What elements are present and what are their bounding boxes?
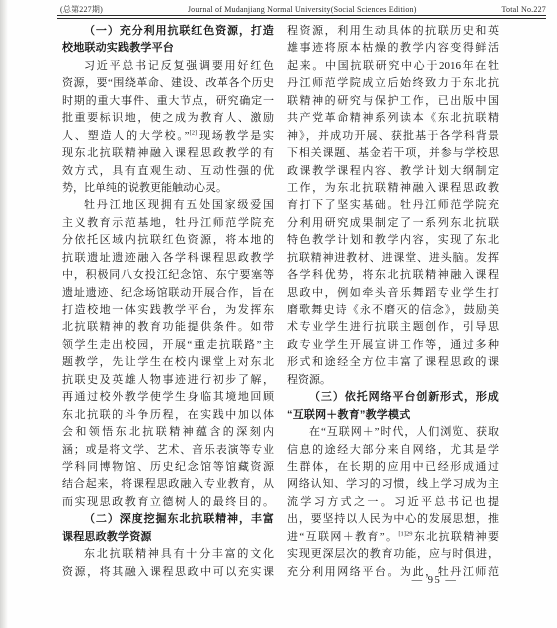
text-line: 进“互联网＋教育”。[1]29东北抗联精神要	[287, 529, 499, 546]
text-line: 东北抗联精神具有十分丰富的文化	[62, 546, 274, 563]
section-heading-line: “互联网＋教育”教学模式	[287, 407, 499, 424]
issue-number-en: Total No.227	[501, 5, 546, 14]
text-line: 涵；或是将文学、艺术、音乐表演等专业	[62, 442, 274, 459]
text-line: 批重要标识地，使之成为教育人、激励	[62, 110, 274, 127]
text-line: 流学习方式之一。习近平总书记也提	[287, 494, 499, 511]
text-line: 共产党革命精神系列读本《东北抗联精	[287, 110, 499, 127]
text-line: 实现更深层次的教育功能，应与时俱进，	[287, 546, 499, 563]
text-line: 程资源。	[287, 372, 499, 389]
section-heading-line: 课程思政教学资源	[62, 529, 274, 546]
text-line: 工作，为东北抗联精神融入课程思政教	[287, 180, 499, 197]
text-line: 政专业学生开展宣讲工作等，通过多种	[287, 337, 499, 354]
text-line: 程资源，利用生动具体的抗联历史和英	[287, 23, 499, 40]
text-line: 遗址遗迹、纪念场馆联动开展合作，旨在	[62, 285, 274, 302]
text-line: 北抗联精神的教育功能提供条件。如带	[62, 319, 274, 336]
text-line: 人、塑造人的大学校。”[2]现场教学是实	[62, 128, 274, 145]
text-line: 生群体，在长期的应用中已经形成通过	[287, 459, 499, 476]
text-line: 资源，要“围绕革命、建设、改革各个历史	[62, 75, 274, 92]
text-line: 资源，将其融入课程思政中可以充实课	[62, 564, 274, 581]
text-line: 抗联史及英雄人物事迹进行初步了解，	[62, 372, 274, 389]
text-line: 打造校地一体实践教学平台，为发挥东	[62, 302, 274, 319]
text-line: 丹江师范学院成立后始终致力于东北抗	[287, 75, 499, 92]
text-line: 磨歌舞史诗《永不磨灭的信念》，鼓励美	[287, 302, 499, 319]
text-line: 学科同博物馆、历史纪念馆等馆藏资源	[62, 459, 274, 476]
section-heading-line: 校地联动实践教学平台	[62, 40, 274, 57]
text-line: 领学生走出校园，开展“重走抗联路”主	[62, 337, 274, 354]
section-heading-line: （一）充分利用抗联红色资源，打造	[62, 23, 274, 40]
text-line: 起来。中国抗联研究中心于2016年在牡	[287, 58, 499, 75]
page-number: — 95 —	[352, 575, 517, 586]
text-line: 下相关课题、基金若干项，并参与学校思	[287, 145, 499, 162]
text-line: 在“互联网＋”时代，人们浏览、获取	[287, 424, 499, 441]
text-line: 育打下了坚实基础。牡丹江师范学院充	[287, 197, 499, 214]
text-line: 主义教育示范基地，牡丹江师范学院充	[62, 215, 274, 232]
text-line: 分利用研究成果制定了一系列东北抗联	[287, 215, 499, 232]
text-line: 出，要坚持以人民为中心的发展思想，推	[287, 511, 499, 528]
section-heading-line: （三）依托网络平台创新形式，形成	[287, 389, 499, 406]
page-header: (总第227期) Journal of Mudanjiang Normal Un…	[60, 4, 546, 15]
text-line: 再通过校外教学使学生身临其境地回顾	[62, 389, 274, 406]
text-line: 各学科优势，将东北抗联精神融入课程	[287, 267, 499, 284]
text-line: 东北抗联的斗争历程，在实践中加以体	[62, 407, 274, 424]
text-line: 政课教学课程内容、教学计划大纲制定	[287, 163, 499, 180]
text-line: 信息的途经大部分来自网络，尤其是学	[287, 442, 499, 459]
text-line: 联精神的研究与保护工作，已出版中国	[287, 93, 499, 110]
issue-number-cn: (总第227期)	[60, 4, 103, 15]
journal-page: (总第227期) Journal of Mudanjiang Normal Un…	[0, 0, 557, 628]
citation-superscript: [2]	[190, 129, 198, 136]
text-line: 效方式，具有直观生动、互动性强的优	[62, 163, 274, 180]
text-line: 抗联精神进教材、进课堂、进头脑。发挥	[287, 250, 499, 267]
text-line: 而实现思政教育立德树人的最终目的。	[62, 494, 274, 511]
text-line: 结合起来，将课程思政融入专业教育，从	[62, 476, 274, 493]
text-line: 雄事迹将原本枯燥的教学内容变得鲜活	[287, 40, 499, 57]
text-line: 时期的重大事件、重大节点，研究确定一	[62, 93, 274, 110]
citation-superscript: [1]29	[398, 530, 412, 537]
text-line: 形式和途经全方位丰富了课程思政的课	[287, 354, 499, 371]
left-column: （一）充分利用抗联红色资源，打造校地联动实践教学平台习近平总书记反复强调要用好红…	[62, 23, 274, 575]
text-line: 习近平总书记反复强调要用好红色	[62, 58, 274, 75]
text-line: 分依托区域内抗联红色资源，将本地的	[62, 232, 274, 249]
text-line: 题教学，先让学生在校内课堂上对东北	[62, 354, 274, 371]
text-line: 网络认知、学习的习惯，线上学习成为主	[287, 476, 499, 493]
text-line: 术专业学生进行抗联主题创作，引导思	[287, 319, 499, 336]
header-rule	[57, 15, 546, 19]
text-line: 势，比单纯的说教更能触动心灵。	[62, 180, 274, 197]
text-line: 中，积极同八女投江纪念馆、东宁要塞等	[62, 267, 274, 284]
journal-title-en: Journal of Mudanjiang Normal University(…	[188, 5, 417, 14]
section-heading-line: （二）深度挖掘东北抗联精神，丰富	[62, 511, 274, 528]
text-line: 思政中，例如牵头音乐舞蹈专业学生打	[287, 285, 499, 302]
text-line: 抗联遗址遗迹融入各学科课程思政教学	[62, 250, 274, 267]
right-column: 程资源，利用生动具体的抗联历史和英雄事迹将原本枯燥的教学内容变得鲜活起来。中国抗…	[287, 23, 499, 575]
scan-edge-shadow	[0, 0, 8, 628]
text-line: 牡丹江地区现拥有五处国家级爱国	[62, 197, 274, 214]
text-line: 神》，并成功开展、获批基于各学科背景	[287, 128, 499, 145]
text-line: 特色教学计划和教学内容，实现了东北	[287, 232, 499, 249]
text-line: 会和领悟东北抗联精神蕴含的深刻内	[62, 424, 274, 441]
text-line: 现东北抗联精神融入课程思政教学的有	[62, 145, 274, 162]
